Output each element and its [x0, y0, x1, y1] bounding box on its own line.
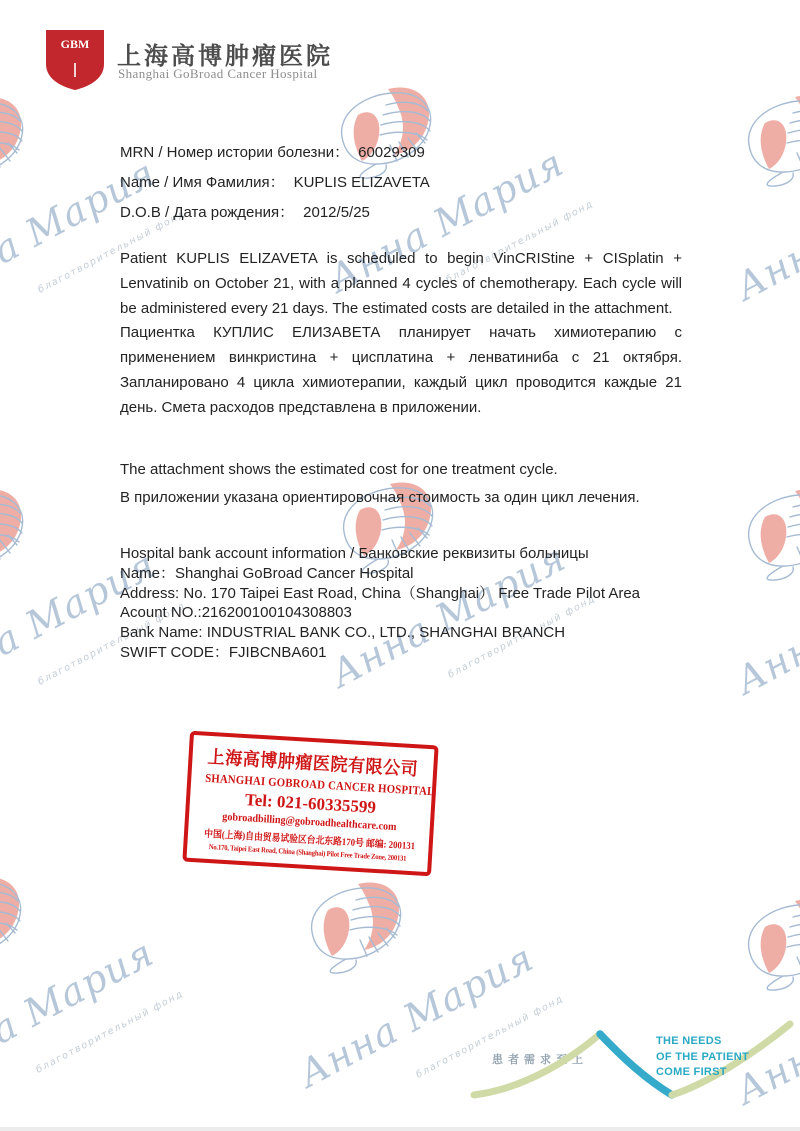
treatment-plan-paragraph-ru: Пациентка КУПЛИС ЕЛИЗАВЕТА планирует нач…: [120, 321, 682, 420]
hospital-red-stamp: 上海高博肿瘤医院有限公司 SHANGHAI GOBROAD CANCER HOS…: [182, 731, 438, 877]
hospital-name-en: Shanghai GoBroad Cancer Hospital: [118, 66, 317, 82]
logo-gbm-text: GBM: [61, 37, 90, 51]
hospital-shield-logo-icon: GBM: [44, 29, 106, 91]
footer-slogan-en-line1: THE NEEDS: [656, 1034, 749, 1050]
footer-wave-icon: [466, 1018, 800, 1110]
attachment-note-block: The attachment shows the estimated cost …: [120, 456, 640, 512]
footer-slogan-en-line3: COME FIRST: [656, 1065, 749, 1081]
bank-info-heading: Hospital bank account information / Банк…: [120, 544, 640, 564]
patient-name-label: Name / Имя Фамилия：: [120, 174, 285, 191]
bank-name-line: Name：Shanghai GoBroad Cancer Hospital: [120, 564, 640, 584]
bank-address-line: Address: No. 170 Taipei East Road, China…: [120, 584, 640, 604]
document-page: Анна Мария благотворительный фонд GBM 上海…: [0, 0, 800, 1131]
footer-slogan-en-line2: OF THE PATIENT: [656, 1050, 749, 1066]
patient-name-row: Name / Имя Фамилия：KUPLIS ELIZAVETA: [120, 168, 430, 198]
patient-mrn-row: MRN / Номер истории болезни：60029309: [120, 138, 430, 168]
attachment-note-en: The attachment shows the estimated cost …: [120, 456, 640, 484]
charity-watermark: [726, 95, 800, 310]
patient-mrn-value: 60029309: [358, 144, 425, 161]
charity-watermark: [726, 489, 800, 704]
charity-watermark: [0, 877, 186, 1092]
treatment-plan-block: Patient KUPLIS ELIZAVETA is scheduled to…: [120, 247, 682, 421]
patient-dob-label: D.O.B / Дата рождения：: [120, 204, 294, 221]
bank-swift-line: SWIFT CODE：FJIBCNBA601: [120, 643, 640, 663]
patient-dob-value: 2012/5/25: [303, 204, 370, 221]
bank-account-line: Acount NO.:216200100104308803: [120, 603, 640, 623]
treatment-plan-paragraph-en: Patient KUPLIS ELIZAVETA is scheduled to…: [120, 247, 682, 321]
patient-name-value: KUPLIS ELIZAVETA: [294, 174, 430, 191]
bank-bankname-line: Bank Name: INDUSTRIAL BANK CO., LTD., SH…: [120, 623, 640, 643]
patient-info-block: MRN / Номер истории болезни：60029309 Nam…: [120, 138, 430, 228]
scan-edge-strip: [0, 1127, 800, 1131]
patient-mrn-label: MRN / Номер истории болезни：: [120, 144, 349, 161]
attachment-note-ru: В приложении указана ориентировочная сто…: [120, 484, 640, 512]
footer-slogan-en: THE NEEDS OF THE PATIENT COME FIRST: [656, 1034, 749, 1081]
bank-info-block: Hospital bank account information / Банк…: [120, 544, 640, 663]
patient-dob-row: D.O.B / Дата рождения：2012/5/25: [120, 198, 430, 228]
